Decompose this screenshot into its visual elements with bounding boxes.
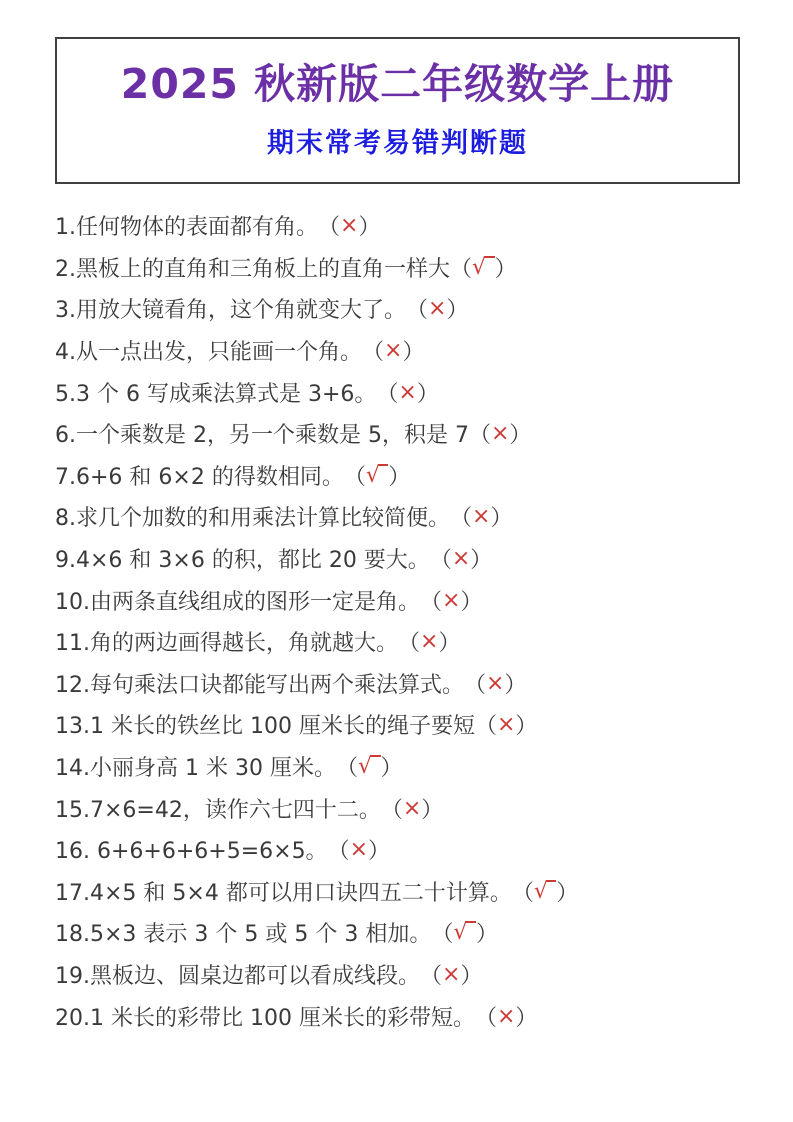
open-paren: （: [406, 293, 428, 324]
answer-mark: ×: [384, 338, 402, 363]
close-paren: ）: [446, 293, 468, 324]
answer-mark: ×: [442, 588, 460, 613]
question-list: 1.任何物体的表面都有角。（×） 2.黑板上的直角和三角板上的直角一样大（√） …: [55, 205, 763, 1037]
question-item-20: 20.1 米长的彩带比 100 厘米长的彩带短。（×）: [55, 995, 763, 1037]
close-paren: ）: [495, 252, 517, 283]
page-title: 2025 秋新版二年级数学上册: [121, 61, 674, 108]
question-item-15: 15.7×6=42，读作六七四十二。（×）: [55, 787, 763, 829]
question-item-11: 11.角的两边画得越长，角就越大。（×）: [55, 621, 763, 663]
question-item-2: 2.黑板上的直角和三角板上的直角一样大（√）: [55, 247, 763, 289]
open-paren: （: [318, 210, 340, 241]
answer-mark: ×: [472, 504, 490, 529]
question-text: 3.用放大镜看角，这个角就变大了。: [55, 293, 406, 324]
close-paren: ）: [460, 959, 482, 990]
question-item-3: 3.用放大镜看角，这个角就变大了。（×）: [55, 288, 763, 330]
answer-mark: √: [358, 754, 381, 779]
close-paren: ）: [438, 626, 460, 657]
question-item-13: 13.1 米长的铁丝比 100 厘米长的绳子要短（×）: [55, 704, 763, 746]
open-paren: （: [376, 377, 398, 408]
question-text: 13.1 米长的铁丝比 100 厘米长的绳子要短: [55, 709, 475, 740]
question-text: 12.每句乘法口诀都能写出两个乘法算式。: [55, 668, 464, 699]
open-paren: （: [362, 335, 384, 366]
open-paren: （: [420, 585, 442, 616]
close-paren: ）: [556, 876, 578, 907]
open-paren: （: [450, 252, 472, 283]
close-paren: ）: [358, 210, 380, 241]
answer-mark: ×: [442, 962, 460, 987]
close-paren: ）: [515, 1001, 537, 1032]
close-paren: ）: [417, 377, 439, 408]
question-text: 5.3 个 6 写成乘法算式是 3+6。: [55, 377, 376, 408]
question-item-4: 4.从一点出发，只能画一个角。（×）: [55, 330, 763, 372]
open-paren: （: [336, 751, 358, 782]
close-paren: ）: [490, 501, 512, 532]
question-item-19: 19.黑板边、圆桌边都可以看成线段。（×）: [55, 954, 763, 996]
question-text: 11.角的两边画得越长，角就越大。: [55, 626, 398, 657]
open-paren: （: [398, 626, 420, 657]
close-paren: ）: [515, 709, 537, 740]
open-paren: （: [475, 709, 497, 740]
answer-mark: ×: [486, 671, 504, 696]
question-item-18: 18.5×3 表示 3 个 5 或 5 个 3 相加。（√）: [55, 912, 763, 954]
question-item-6: 6.一个乘数是 2，另一个乘数是 5，积是 7（×）: [55, 413, 763, 455]
question-text: 8.求几个加数的和用乘法计算比较简便。: [55, 501, 450, 532]
close-paren: ）: [504, 668, 526, 699]
close-paren: ）: [368, 834, 390, 865]
page-subtitle: 期末常考易错判断题: [267, 121, 528, 160]
close-paren: ）: [421, 793, 443, 824]
question-item-14: 14.小丽身高 1 米 30 厘米。（√）: [55, 746, 763, 788]
answer-mark: ×: [350, 837, 368, 862]
open-paren: （: [512, 876, 534, 907]
question-text: 2.黑板上的直角和三角板上的直角一样大: [55, 252, 450, 283]
question-text: 18.5×3 表示 3 个 5 或 5 个 3 相加。: [55, 917, 431, 948]
question-item-8: 8.求几个加数的和用乘法计算比较简便。（×）: [55, 496, 763, 538]
question-text: 17.4×5 和 5×4 都可以用口诀四五二十计算。: [55, 876, 512, 907]
answer-mark: ×: [398, 380, 416, 405]
close-paren: ）: [381, 751, 403, 782]
question-text: 1.任何物体的表面都有角。: [55, 210, 318, 241]
answer-mark: ×: [340, 213, 358, 238]
question-text: 16. 6+6+6+6+5=6×5。: [55, 834, 328, 865]
answer-mark: ×: [420, 629, 438, 654]
close-paren: ）: [402, 335, 424, 366]
question-item-1: 1.任何物体的表面都有角。（×）: [55, 205, 763, 247]
question-item-10: 10.由两条直线组成的图形一定是角。（×）: [55, 579, 763, 621]
close-paren: ）: [476, 917, 498, 948]
question-item-7: 7.6+6 和 6×2 的得数相同。（√）: [55, 455, 763, 497]
open-paren: （: [475, 1001, 497, 1032]
question-text: 10.由两条直线组成的图形一定是角。: [55, 585, 420, 616]
open-paren: （: [430, 543, 452, 574]
answer-mark: ×: [497, 712, 515, 737]
open-paren: （: [450, 501, 472, 532]
question-text: 20.1 米长的彩带比 100 厘米长的彩带短。: [55, 1001, 475, 1032]
answer-mark: ×: [428, 296, 446, 321]
question-item-17: 17.4×5 和 5×4 都可以用口诀四五二十计算。（√）: [55, 871, 763, 913]
question-item-16: 16. 6+6+6+6+5=6×5。（×）: [55, 829, 763, 871]
question-text: 9.4×6 和 3×6 的积，都比 20 要大。: [55, 543, 430, 574]
answer-mark: ×: [491, 421, 509, 446]
close-paren: ）: [460, 585, 482, 616]
open-paren: （: [344, 460, 366, 491]
open-paren: （: [431, 917, 453, 948]
answer-mark: √: [453, 920, 476, 945]
answer-mark: ×: [403, 796, 421, 821]
question-text: 6.一个乘数是 2，另一个乘数是 5，积是 7: [55, 418, 469, 449]
question-text: 15.7×6=42，读作六七四十二。: [55, 793, 381, 824]
question-text: 14.小丽身高 1 米 30 厘米。: [55, 751, 336, 782]
question-item-9: 9.4×6 和 3×6 的积，都比 20 要大。（×）: [55, 538, 763, 580]
open-paren: （: [469, 418, 491, 449]
close-paren: ）: [509, 418, 531, 449]
answer-mark: √: [534, 879, 557, 904]
close-paren: ）: [470, 543, 492, 574]
question-item-12: 12.每句乘法口诀都能写出两个乘法算式。（×）: [55, 663, 763, 705]
answer-mark: √: [472, 255, 495, 280]
question-item-5: 5.3 个 6 写成乘法算式是 3+6。（×）: [55, 371, 763, 413]
question-text: 4.从一点出发，只能画一个角。: [55, 335, 362, 366]
header-box: 2025 秋新版二年级数学上册 期末常考易错判断题: [55, 37, 740, 184]
question-text: 7.6+6 和 6×2 的得数相同。: [55, 460, 344, 491]
answer-mark: √: [366, 463, 389, 488]
open-paren: （: [464, 668, 486, 699]
close-paren: ）: [388, 460, 410, 491]
open-paren: （: [328, 834, 350, 865]
open-paren: （: [420, 959, 442, 990]
open-paren: （: [381, 793, 403, 824]
question-text: 19.黑板边、圆桌边都可以看成线段。: [55, 959, 420, 990]
answer-mark: ×: [497, 1004, 515, 1029]
answer-mark: ×: [452, 546, 470, 571]
